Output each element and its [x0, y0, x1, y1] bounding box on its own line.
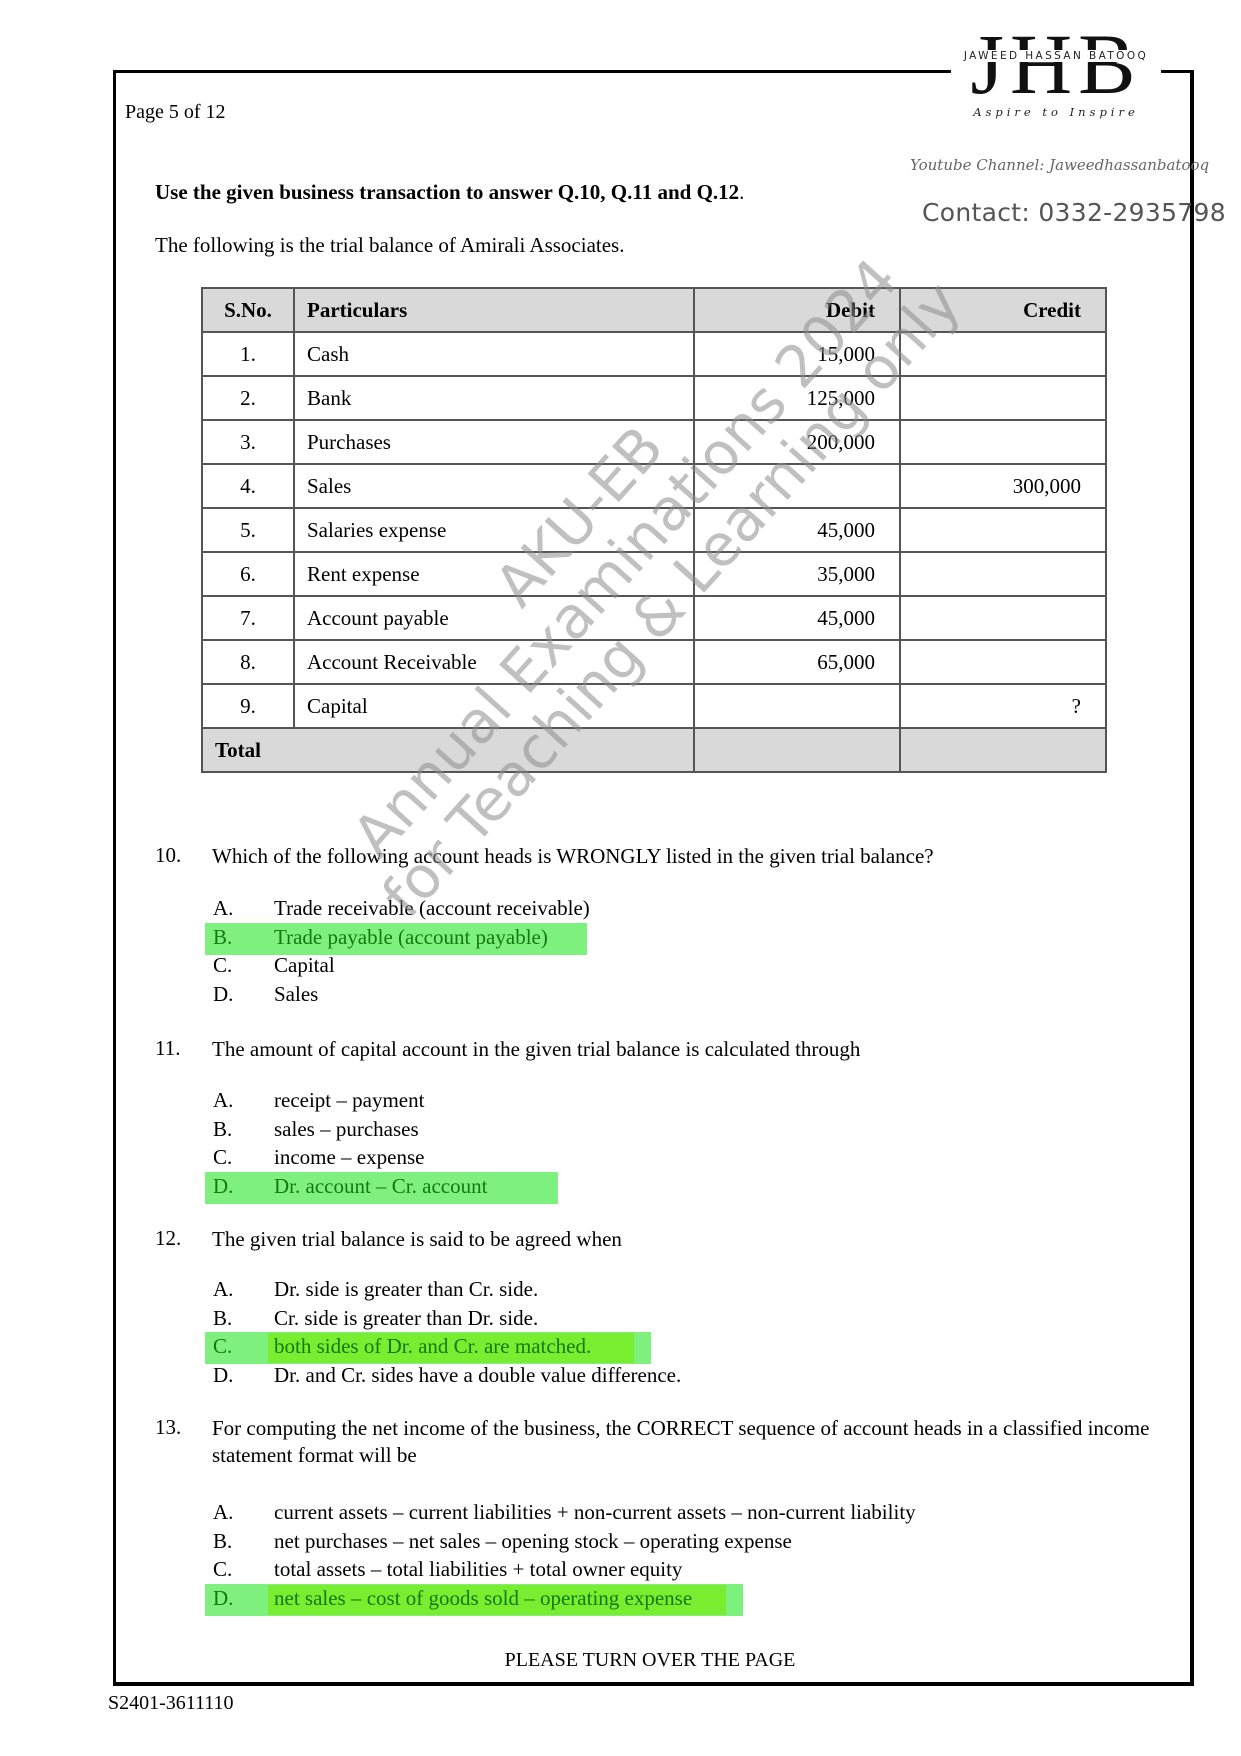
row-sno: 3.: [202, 420, 294, 464]
row-particular: Purchases: [294, 420, 694, 464]
row-credit: [900, 508, 1106, 552]
option-label: D.: [213, 980, 233, 1009]
row-credit: [900, 596, 1106, 640]
table-row: 3.Purchases200,000: [202, 420, 1106, 464]
row-debit: 15,000: [694, 332, 900, 376]
row-sno: 2.: [202, 376, 294, 420]
option-text: total assets – total liabilities + total…: [274, 1555, 682, 1584]
logo-name: JAWEED HASSAN BATOOQ: [962, 50, 1150, 62]
option-label: C.: [213, 1332, 232, 1361]
page-border-bottom: [113, 1682, 1194, 1686]
question-number: 10.: [155, 843, 181, 868]
option-text: Trade payable (account payable): [274, 923, 548, 952]
option-text: Dr. account – Cr. account: [274, 1172, 487, 1201]
row-credit: 300,000: [900, 464, 1106, 508]
option-text: Trade receivable (account receivable): [274, 894, 590, 923]
row-credit: ?: [900, 684, 1106, 728]
table-header-row: S.No. Particulars Debit Credit: [202, 288, 1106, 332]
youtube-channel: Youtube Channel: Jaweedhassanbatooq: [910, 156, 1210, 174]
logo-tagline: Aspire to Inspire: [950, 105, 1162, 119]
row-debit: 45,000: [694, 596, 900, 640]
row-debit: 35,000: [694, 552, 900, 596]
question-text: Which of the following account heads is …: [212, 843, 1152, 870]
row-particular: Cash: [294, 332, 694, 376]
row-debit: 200,000: [694, 420, 900, 464]
paper-code: S2401-3611110: [108, 1692, 234, 1715]
option-text: Sales: [274, 980, 318, 1009]
table-row: 1.Cash15,000: [202, 332, 1106, 376]
row-debit: 65,000: [694, 640, 900, 684]
option-label: C.: [213, 1555, 232, 1584]
header-credit: Credit: [900, 288, 1106, 332]
header-particulars: Particulars: [294, 288, 694, 332]
table-row: 6.Rent expense35,000: [202, 552, 1106, 596]
option-label: A.: [213, 1275, 233, 1304]
page-number: Page 5 of 12: [125, 101, 226, 124]
table-row: 5.Salaries expense45,000: [202, 508, 1106, 552]
option-text: Dr. and Cr. sides have a double value di…: [274, 1361, 681, 1390]
row-debit: [694, 464, 900, 508]
row-debit: 125,000: [694, 376, 900, 420]
option-text: sales – purchases: [274, 1115, 419, 1144]
option-text: Dr. side is greater than Cr. side.: [274, 1275, 538, 1304]
header-sno: S.No.: [202, 288, 294, 332]
option-label: C.: [213, 951, 232, 980]
option-label: B.: [213, 1115, 232, 1144]
row-particular: Account Receivable: [294, 640, 694, 684]
row-sno: 9.: [202, 684, 294, 728]
table-row: 9.Capital?: [202, 684, 1106, 728]
option-text: Capital: [274, 951, 335, 980]
row-sno: 8.: [202, 640, 294, 684]
table-total-row: Total: [202, 728, 1106, 772]
row-sno: 1.: [202, 332, 294, 376]
table-row: 2.Bank125,000: [202, 376, 1106, 420]
row-sno: 5.: [202, 508, 294, 552]
option-text: current assets – current liabilities + n…: [274, 1498, 916, 1527]
page-border-left: [113, 70, 116, 1686]
page-border-right: [1190, 70, 1194, 1686]
instruction-text: Use the given business transaction to an…: [155, 180, 739, 204]
row-particular: Capital: [294, 684, 694, 728]
question-number: 12.: [155, 1226, 181, 1251]
option-label: B.: [213, 1527, 232, 1556]
question-text: The given trial balance is said to be ag…: [212, 1226, 1152, 1253]
question-text: The amount of capital account in the giv…: [212, 1036, 1152, 1063]
option-label: A.: [213, 894, 233, 923]
row-particular: Account payable: [294, 596, 694, 640]
row-credit: [900, 640, 1106, 684]
table-row: 4.Sales300,000: [202, 464, 1106, 508]
option-label: D.: [213, 1584, 233, 1613]
row-particular: Salaries expense: [294, 508, 694, 552]
total-credit: [900, 728, 1106, 772]
instruction: Use the given business transaction to an…: [155, 180, 744, 205]
row-credit: [900, 552, 1106, 596]
contact-number: Contact: 0332-2935798: [922, 198, 1226, 227]
row-credit: [900, 420, 1106, 464]
option-text: both sides of Dr. and Cr. are matched.: [274, 1332, 591, 1361]
row-credit: [900, 376, 1106, 420]
option-text: Cr. side is greater than Dr. side.: [274, 1304, 538, 1333]
total-label: Total: [202, 728, 694, 772]
logo-monogram: JHB: [950, 24, 1162, 104]
question-number: 11.: [155, 1036, 180, 1061]
row-particular: Bank: [294, 376, 694, 420]
question-text: For computing the net income of the busi…: [212, 1415, 1152, 1469]
row-particular: Rent expense: [294, 552, 694, 596]
header-debit: Debit: [694, 288, 900, 332]
row-sno: 7.: [202, 596, 294, 640]
brand-logo: JHB JAWEED HASSAN BATOOQ Aspire to Inspi…: [950, 18, 1162, 128]
option-label: B.: [213, 923, 232, 952]
option-label: B.: [213, 1304, 232, 1333]
row-sno: 4.: [202, 464, 294, 508]
option-text: net sales – cost of goods sold – operati…: [274, 1584, 692, 1613]
page-border-top: [113, 70, 951, 73]
row-sno: 6.: [202, 552, 294, 596]
row-credit: [900, 332, 1106, 376]
option-text: receipt – payment: [274, 1086, 424, 1115]
option-label: D.: [213, 1172, 233, 1201]
footer-turn-over: PLEASE TURN OVER THE PAGE: [0, 1649, 1241, 1672]
option-label: C.: [213, 1143, 232, 1172]
option-text: income – expense: [274, 1143, 424, 1172]
option-label: A.: [213, 1086, 233, 1115]
table-row: 8.Account Receivable65,000: [202, 640, 1106, 684]
option-label: A.: [213, 1498, 233, 1527]
question-number: 13.: [155, 1415, 181, 1440]
row-debit: 45,000: [694, 508, 900, 552]
trial-balance-table: S.No. Particulars Debit Credit 1.Cash15,…: [201, 287, 1107, 773]
table-row: 7.Account payable45,000: [202, 596, 1106, 640]
intro-text: The following is the trial balance of Am…: [155, 233, 624, 258]
option-text: net purchases – net sales – opening stoc…: [274, 1527, 792, 1556]
row-debit: [694, 684, 900, 728]
total-debit: [694, 728, 900, 772]
row-particular: Sales: [294, 464, 694, 508]
option-label: D.: [213, 1361, 233, 1390]
